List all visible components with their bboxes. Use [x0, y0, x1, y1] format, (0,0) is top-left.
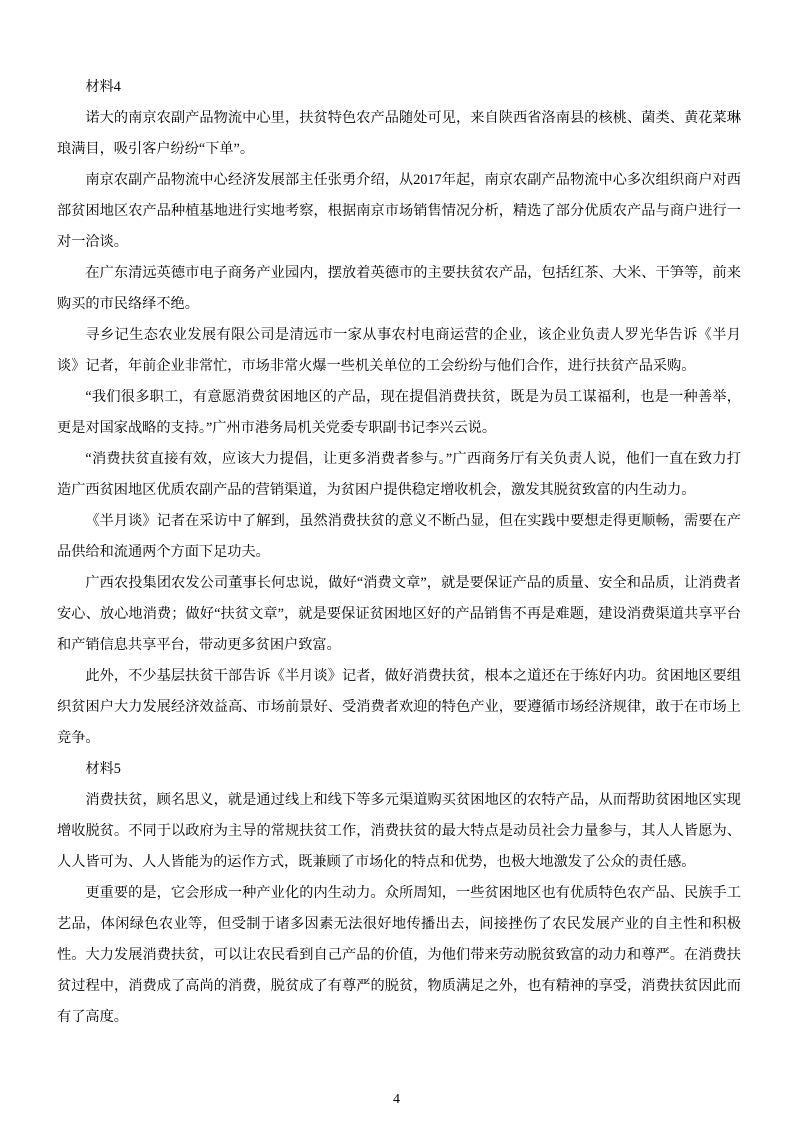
document-page: 材料4 诺大的南京农副产品物流中心里，扶贫特色农产品随处可见，来自陕西省洛南县的… [0, 0, 793, 1121]
paragraph: 诺大的南京农副产品物流中心里，扶贫特色农产品随处可见，来自陕西省洛南县的核桃、菌… [57, 103, 741, 165]
paragraph: 广西农投集团农发公司董事长何忠说，做好“消费文章”，就是要保证产品的质量、安全和… [57, 568, 741, 661]
paragraph: 在广东清远英德市电子商务产业园内，摆放着英德市的主要扶贫农产品，包括红茶、大米、… [57, 258, 741, 320]
paragraph: 此外，不少基层扶贫干部告诉《半月谈》记者，做好消费扶贫，根本之道还在于练好内功。… [57, 661, 741, 754]
paragraph: 寻乡记生态农业发展有限公司是清远市一家从事农村电商运营的企业，该企业负责人罗光华… [57, 320, 741, 382]
page-footer: 4 [0, 1091, 793, 1109]
paragraph: 《半月谈》记者在采访中了解到，虽然消费扶贫的意义不断凸显，但在实践中要想走得更顺… [57, 506, 741, 568]
material-5-heading: 材料5 [57, 754, 741, 785]
paragraph: “消费扶贫直接有效，应该大力提倡，让更多消费者参与。”广西商务厅有关负责人说，他… [57, 444, 741, 506]
document-body: 材料4 诺大的南京农副产品物流中心里，扶贫特色农产品随处可见，来自陕西省洛南县的… [57, 72, 741, 1033]
paragraph: 消费扶贫，顾名思义，就是通过线上和线下等多元渠道购买贫困地区的农特产品，从而帮助… [57, 785, 741, 878]
paragraph: “我们很多职工，有意愿消费贫困地区的产品，现在提倡消费扶贫，既是为员工谋福利，也… [57, 382, 741, 444]
paragraph: 更重要的是，它会形成一种产业化的内生动力。众所周知，一些贫困地区也有优质特色农产… [57, 878, 741, 1033]
page-number: 4 [393, 1092, 400, 1107]
material-4-heading: 材料4 [57, 72, 741, 103]
paragraph: 南京农副产品物流中心经济发展部主任张勇介绍，从2017年起，南京农副产品物流中心… [57, 165, 741, 258]
